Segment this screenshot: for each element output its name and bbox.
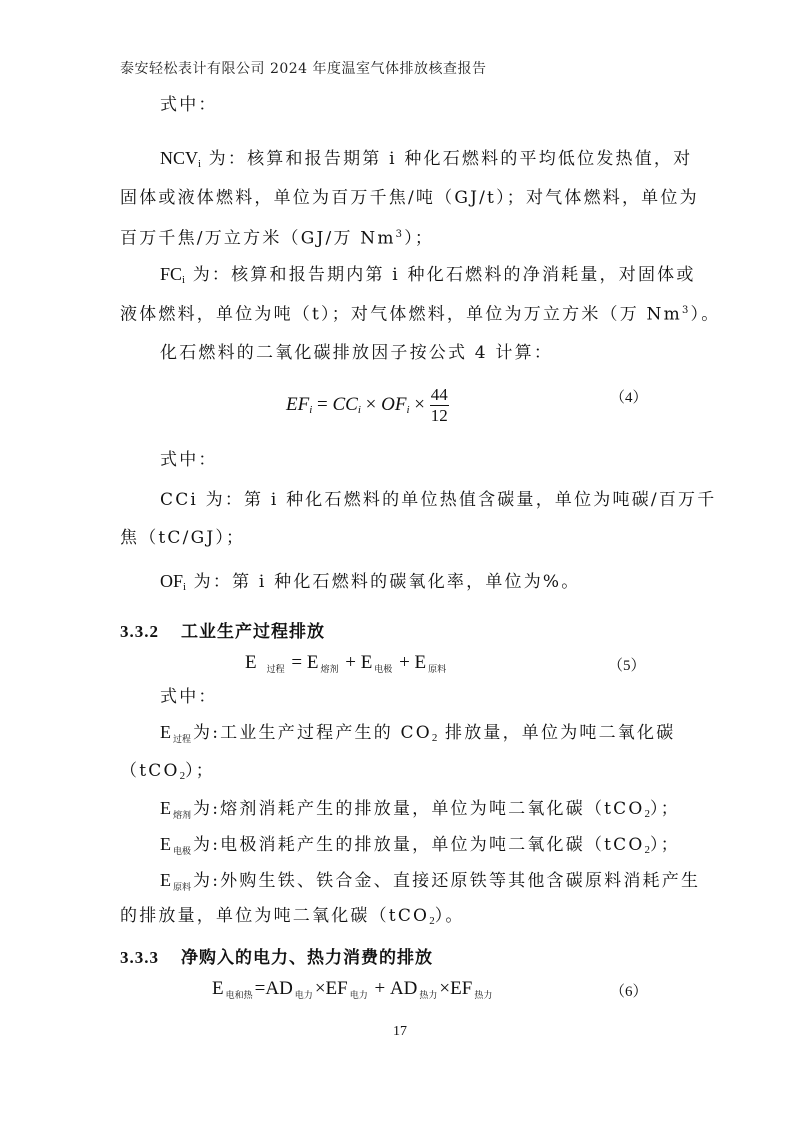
equation-6: E电和热=AD电力×EF电力 + AD热力×EF热力 bbox=[212, 978, 494, 1001]
ncv-definition-line-1: NCVi 为：核算和报告期第 i 种化石燃料的平均低位发热值，对 bbox=[160, 148, 692, 174]
where-label-3: 式中： bbox=[160, 687, 218, 707]
equation-5: E过程 = E熔剂 + E电极 + E原料 bbox=[245, 652, 448, 675]
cc-definition-line-1: CCi 为：第 i 种化石燃料的单位热值含碳量，单位为吨碳/百万千 bbox=[160, 490, 716, 510]
raw-material-definition-line-2: 的排放量，单位为吨二氧化碳（tCO2）。 bbox=[120, 906, 465, 931]
raw-material-definition-line-1: E原料为:外购生铁、铁合金、直接还原铁等其他含碳原料消耗产生 bbox=[160, 870, 700, 898]
of-definition: OFi 为：第 i 种化石燃料的碳氧化率，单位为%。 bbox=[160, 571, 580, 597]
page-number: 17 bbox=[393, 1024, 407, 1040]
where-label-2: 式中： bbox=[160, 450, 218, 470]
section-heading-3-3-2: 3.3.2工业生产过程排放 bbox=[120, 617, 325, 642]
ncv-definition-line-2: 固体或液体燃料，单位为百万千焦/吨（GJ/t）；对气体燃料，单位为 bbox=[120, 188, 699, 208]
ef-intro: 化石燃料的二氧化碳排放因子按公式 4 计算： bbox=[160, 343, 553, 363]
electrode-definition: E电极为:电极消耗产生的排放量，单位为吨二氧化碳（tCO2）； bbox=[160, 834, 680, 862]
document-header: 泰安轻松表计有限公司 2024 年度温室气体排放核查报告 bbox=[120, 58, 487, 78]
cc-definition-line-2: 焦（tC/GJ）； bbox=[120, 528, 245, 548]
equation-6-number: （6） bbox=[610, 980, 648, 1001]
ncv-definition-line-3: 百万千焦/万立方米（GJ/万 Nm3）； bbox=[120, 225, 434, 249]
fc-definition-line-1: FCi 为：核算和报告期内第 i 种化石燃料的净消耗量，对固体或 bbox=[160, 264, 696, 290]
process-definition-line-2: （tCO2）； bbox=[120, 761, 215, 786]
flux-definition: E熔剂为:熔剂消耗产生的排放量，单位为吨二氧化碳（tCO2）； bbox=[160, 798, 680, 826]
fraction-44-12: 4412 bbox=[430, 385, 449, 426]
equation-5-number: （5） bbox=[608, 654, 646, 675]
equation-4-number: （4） bbox=[610, 386, 648, 407]
equation-4: EFi = CCi × OFi × 4412 bbox=[286, 385, 449, 426]
where-label: 式中： bbox=[160, 95, 218, 115]
section-heading-3-3-3: 3.3.3净购入的电力、热力消费的排放 bbox=[120, 943, 433, 968]
process-definition-line-1: E过程为:工业生产过程产生的 CO2 排放量，单位为吨二氧化碳 bbox=[160, 722, 675, 750]
fc-definition-line-2: 液体燃料，单位为吨（t）；对气体燃料，单位为万立方米（万 Nm3）。 bbox=[120, 301, 720, 325]
